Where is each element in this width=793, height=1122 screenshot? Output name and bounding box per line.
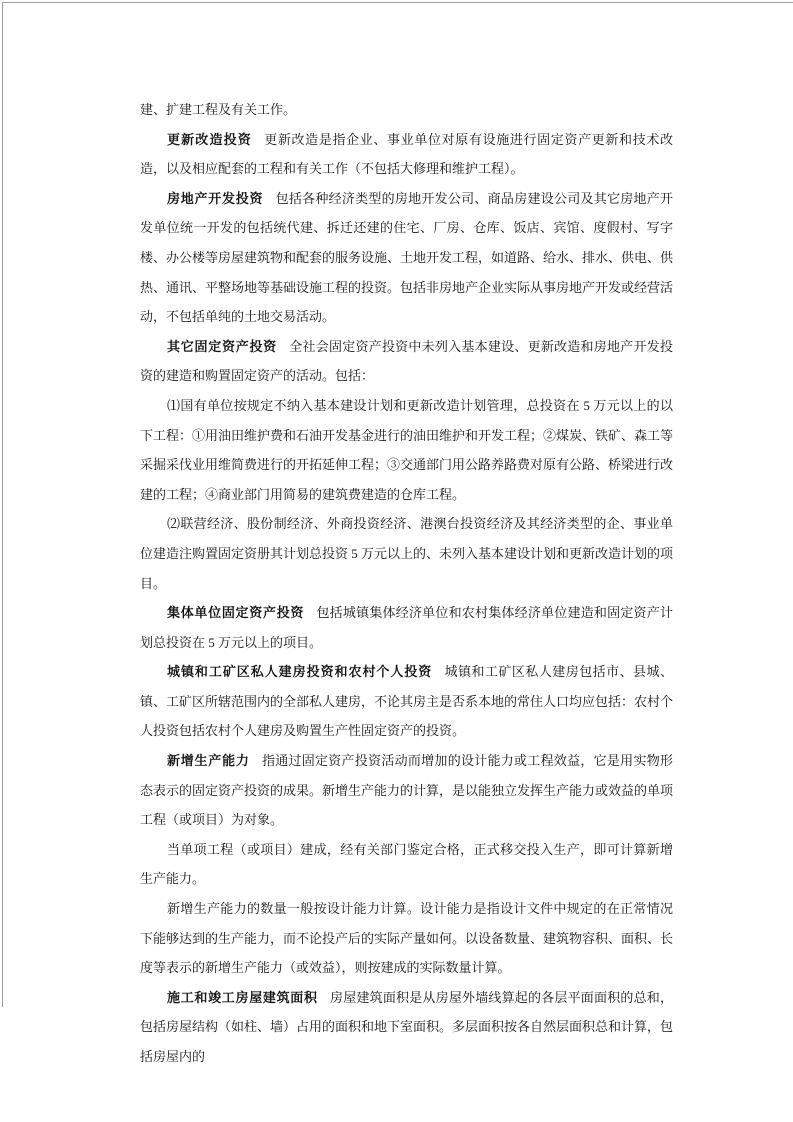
paragraph-text: 当单项工程（或项目）建成，经有关部门鉴定合格，正式移交投入生产，即可计算新增生产… — [140, 842, 673, 887]
paragraph: 建、扩建工程及有关工作。 — [140, 95, 673, 125]
paragraph-text: 建、扩建工程及有关工作。 — [140, 102, 296, 117]
term-heading: 集体单位固定资产投资 — [167, 605, 304, 620]
paragraph: 城镇和工矿区私人建房投资和农村个人投资城镇和工矿区私人建房包括市、县城、镇、工矿… — [140, 657, 673, 746]
paragraph: ⑵联营经济、股份制经济、外商投资经济、港澳台投资经济及其经济类型的企、事业单位建… — [140, 509, 673, 598]
paragraph: ⑴国有单位按规定不纳入基本建设计划和更新改造计划管理，总投资在 5 万元以上的以… — [140, 391, 673, 509]
term-heading: 房地产开发投资 — [167, 191, 263, 206]
paragraph: 新增生产能力的数量一般按设计能力计算。设计能力是指设计文件中规定的在正常情况下能… — [140, 894, 673, 983]
term-heading: 施工和竣工房屋建筑面积 — [167, 990, 318, 1005]
paragraph: 更新改造投资更新改造是指企业、事业单位对原有设施进行固定资产更新和技术改造，以及… — [140, 125, 673, 184]
paragraph-text: ⑵联营经济、股份制经济、外商投资经济、港澳台投资经济及其经济类型的企、事业单位建… — [140, 516, 673, 590]
paragraph: 其它固定资产投资全社会固定资产投资中未列入基本建设、更新改造和房地产开发投资的建… — [140, 332, 673, 391]
page-edge-left — [2, 2, 3, 1007]
paragraph: 施工和竣工房屋建筑面积房屋建筑面积是从房屋外墙线算起的各层平面面积的总和，包括房… — [140, 983, 673, 1072]
paragraph: 房地产开发投资包括各种经济类型的房地开发公司、商品房建设公司及其它房地产开发单位… — [140, 184, 673, 332]
term-heading: 城镇和工矿区私人建房投资和农村个人投资 — [167, 664, 432, 679]
page-edge-top — [2, 2, 793, 3]
paragraph-text: 包括各种经济类型的房地开发公司、商品房建设公司及其它房地产开发单位统一开发的包括… — [140, 191, 673, 324]
paragraph: 当单项工程（或项目）建成，经有关部门鉴定合格，正式移交投入生产，即可计算新增生产… — [140, 835, 673, 894]
paragraph: 集体单位固定资产投资包括城镇集体经济单位和农村集体经济单位建造和固定资产计划总投… — [140, 598, 673, 657]
paragraph: 新增生产能力指通过固定资产投资活动而增加的设计能力或工程效益，它是用实物形态表示… — [140, 746, 673, 835]
paragraph-text: 新增生产能力的数量一般按设计能力计算。设计能力是指设计文件中规定的在正常情况下能… — [140, 901, 673, 975]
document-body: 建、扩建工程及有关工作。 更新改造投资更新改造是指企业、事业单位对原有设施进行固… — [140, 95, 673, 1072]
term-heading: 其它固定资产投资 — [167, 339, 277, 354]
term-heading: 新增生产能力 — [167, 753, 250, 768]
document-page: 建、扩建工程及有关工作。 更新改造投资更新改造是指企业、事业单位对原有设施进行固… — [0, 0, 793, 1122]
paragraph-text: ⑴国有单位按规定不纳入基本建设计划和更新改造计划管理，总投资在 5 万元以上的以… — [140, 398, 673, 502]
term-heading: 更新改造投资 — [167, 132, 252, 147]
